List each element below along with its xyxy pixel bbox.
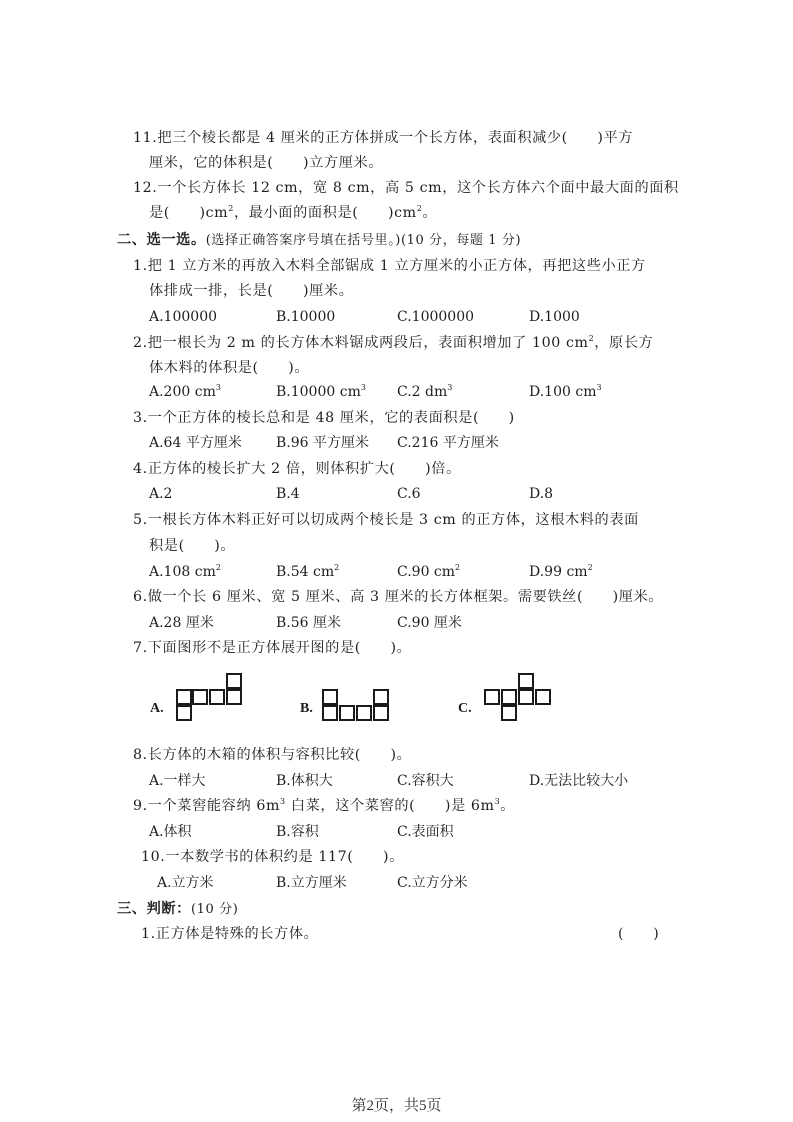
option-text: A.200 cm	[149, 384, 216, 400]
s2-q4-option-a: A.2	[149, 484, 172, 504]
s2-q4-option-d: D.8	[529, 484, 553, 504]
section3-note: (10 分)	[191, 902, 238, 917]
section2-note: (选择正确答案序号填在括号里。)(10 分，每题 1 分)	[206, 233, 521, 248]
s2-q2-option-b: B.10000 cm3	[276, 382, 366, 402]
superscript: 2	[216, 563, 221, 572]
s2-q4-option-b: B.4	[276, 484, 300, 504]
s2-q9-text-b: 白菜，这个菜窖的( )是 6m	[286, 798, 495, 814]
s2-q2-option-a: A.200 cm3	[149, 382, 221, 402]
q12-text-a: 是( )cm	[149, 205, 228, 221]
s2-q8-option-b: B.体积大	[276, 771, 333, 791]
s2-q4-line1: 4.正方体的棱长扩大 2 倍，则体积扩大( )倍。	[133, 459, 461, 479]
superscript: 3	[216, 383, 221, 392]
s2-q10-line1: 10.一本数学书的体积约是 117( )。	[141, 847, 404, 867]
s2-q9-text-c: 。	[500, 798, 515, 814]
superscript: 3	[596, 383, 601, 392]
s2-q5-option-a: A.108 cm2	[149, 562, 221, 582]
s2-q1-option-d: D.1000	[529, 307, 580, 327]
s2-q5-line1: 5.一根长方体木料正好可以切成两个棱长是 3 cm 的正方体，这根木料的表面	[133, 510, 639, 530]
s2-q9-option-b: B.容积	[276, 822, 319, 842]
option-text: D.100 cm	[529, 384, 596, 400]
s2-q2-text-b: ，原长方	[594, 335, 653, 351]
s2-q6-option-a: A.28 厘米	[149, 613, 214, 633]
s2-q5-option-d: D.99 cm2	[529, 562, 593, 582]
s2-q1-line2: 体排成一排，长是( )厘米。	[149, 281, 354, 301]
s2-q8-option-a: A.一样大	[149, 771, 206, 791]
s2-q10-option-a: A.立方米	[157, 873, 214, 893]
s2-q6-option-c: C.90 厘米	[397, 613, 462, 633]
net-a-label: A.	[150, 701, 164, 717]
s2-q1-line1: 1.把 1 立方米的再放入木料全部锯成 1 立方厘米的小正方体，再把这些小正方	[133, 256, 646, 276]
s2-q5-option-c: C.90 cm2	[397, 562, 460, 582]
superscript: 2	[334, 563, 339, 572]
s2-q9-option-c: C.表面积	[397, 822, 454, 842]
section3-title: 三、判断：	[117, 901, 191, 917]
s2-q2-line1: 2.把一根长为 2 m 的长方体木料锯成两段后，表面积增加了 100 cm2，原…	[133, 333, 653, 353]
s2-q9-option-a: A.体积	[149, 822, 192, 842]
s2-q2-line2: 体木料的体积是( )。	[149, 358, 309, 378]
s2-q2-option-c: C.2 dm3	[397, 382, 452, 402]
option-text: D.99 cm	[529, 564, 588, 580]
superscript: 2	[455, 563, 460, 572]
net-c-label: C.	[458, 701, 472, 717]
s3-item1-text: 1.正方体是特殊的长方体。	[141, 924, 318, 944]
s2-q8-option-c: C.容积大	[397, 771, 454, 791]
s2-q5-option-b: B.54 cm2	[276, 562, 339, 582]
option-text: C.2 dm	[397, 384, 447, 400]
option-text: B.54 cm	[276, 564, 334, 580]
s2-q7-line1: 7.下面图形不是正方体展开图的是( )。	[133, 638, 411, 658]
s2-q3-line1: 3.一个正方体的棱长总和是 48 厘米，它的表面积是( )	[133, 408, 515, 428]
q11-line1: 11.把三个棱长都是 4 厘米的正方体拼成一个长方体，表面积减少( )平方	[133, 128, 633, 148]
q12-text-b: ，最小面的面积是( )cm	[234, 205, 417, 221]
s2-q8-option-d: D.无法比较大小	[529, 771, 628, 791]
option-text: A.108 cm	[149, 564, 216, 580]
s2-q5-line2: 积是( )。	[149, 536, 235, 556]
q11-line2: 厘米，它的体积是( )立方厘米。	[149, 153, 383, 173]
net-b-label: B.	[300, 701, 313, 717]
q12-text-c: 。	[422, 205, 437, 221]
s2-q3-option-a: A.64 平方厘米	[149, 433, 242, 453]
page-indicator: 第2页，共5页	[0, 1094, 793, 1115]
option-text: C.90 cm	[397, 564, 455, 580]
option-text: B.10000 cm	[276, 384, 361, 400]
s2-q6-line1: 6.做一个长 6 厘米、宽 5 厘米、高 3 厘米的长方体框架。需要铁丝( )厘…	[133, 587, 663, 607]
superscript: 2	[588, 563, 593, 572]
superscript: 3	[447, 383, 452, 392]
section2-title: 二、选一选。	[117, 232, 206, 248]
section3-heading: 三、判断：(10 分)	[117, 899, 238, 920]
s2-q10-option-c: C.立方分米	[397, 873, 468, 893]
q12-line1: 12.一个长方体长 12 cm，宽 8 cm，高 5 cm，这个长方体六个面中最…	[133, 178, 679, 198]
s2-q10-option-b: B.立方厘米	[276, 873, 347, 893]
q12-line2: 是( )cm2，最小面的面积是( )cm2。	[149, 203, 437, 223]
s2-q2-option-d: D.100 cm3	[529, 382, 602, 402]
section2-heading: 二、选一选。(选择正确答案序号填在括号里。)(10 分，每题 1 分)	[117, 230, 521, 251]
s2-q1-option-a: A.100000	[149, 307, 217, 327]
s2-q9-text-a: 9.一个菜窖能容纳 6m	[133, 798, 280, 814]
s3-item1-answer-blank[interactable]: ( )	[618, 924, 659, 944]
s2-q3-option-c: C.216 平方厘米	[397, 433, 499, 453]
s2-q1-option-b: B.10000	[276, 307, 335, 327]
s2-q8-line1: 8.长方体的木箱的体积与容积比较( )。	[133, 745, 411, 765]
s2-q1-option-c: C.1000000	[397, 307, 474, 327]
s2-q2-text-a: 2.把一根长为 2 m 的长方体木料锯成两段后，表面积增加了 100 cm	[133, 335, 589, 351]
s2-q9-line1: 9.一个菜窖能容纳 6m3 白菜，这个菜窖的( )是 6m3。	[133, 796, 515, 816]
s2-q4-option-c: C.6	[397, 484, 421, 504]
superscript: 3	[361, 383, 366, 392]
s2-q3-option-b: B.96 平方厘米	[276, 433, 369, 453]
s2-q6-option-b: B.56 厘米	[276, 613, 341, 633]
